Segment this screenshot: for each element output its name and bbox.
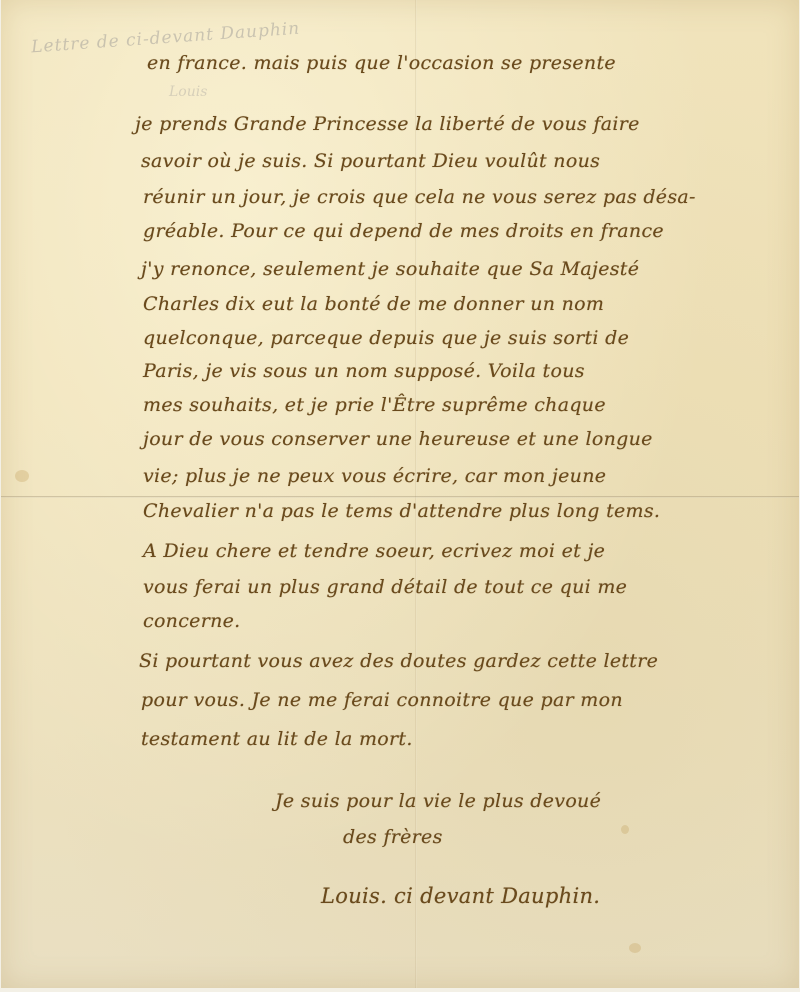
letter-line: vous ferai un plus grand détail de tout … xyxy=(143,576,627,598)
letter-line: quelconque, parceque depuis que je suis … xyxy=(143,327,629,349)
letter-line: réunir un jour, je crois que cela ne vou… xyxy=(143,186,696,208)
letter-line: gréable. Pour ce qui depend de mes droit… xyxy=(143,220,664,242)
letter-line: A Dieu chere et tendre soeur, ecrivez mo… xyxy=(143,540,605,562)
letter-line: je prends Grande Princesse la liberté de… xyxy=(135,113,640,135)
letter-line: en france. mais puis que l'occasion se p… xyxy=(147,52,616,74)
closing-line: Je suis pour la vie le plus devoué xyxy=(275,790,601,812)
closing-line: des frères xyxy=(343,826,443,848)
letter-line: Chevalier n'a pas le tems d'attendre plu… xyxy=(143,500,660,522)
paper-stain xyxy=(621,825,629,834)
letter-line: vie; plus je ne peux vous écrire, car mo… xyxy=(143,465,606,487)
letter-line: testament au lit de la mort. xyxy=(141,728,413,750)
horizontal-fold-line xyxy=(1,496,799,498)
letter-page: Lettre de ci-devant Dauphin Louis en fra… xyxy=(1,0,799,988)
letter-line: savoir où je suis. Si pourtant Dieu voul… xyxy=(141,150,600,172)
pencil-annotation-faint: Louis xyxy=(169,84,207,100)
letter-line: pour vous. Je ne me ferai connoitre que … xyxy=(141,689,623,711)
paper-stain xyxy=(15,470,29,482)
letter-line: jour de vous conserver une heureuse et u… xyxy=(143,428,653,450)
signature: Louis. ci devant Dauphin. xyxy=(321,884,600,908)
letter-line: j'y renonce, seulement je souhaite que S… xyxy=(141,258,639,280)
letter-line: mes souhaits, et je prie l'Être suprême … xyxy=(143,394,606,416)
letter-line: Si pourtant vous avez des doutes gardez … xyxy=(139,650,658,672)
letter-line: Charles dix eut la bonté de me donner un… xyxy=(143,293,604,315)
paper-stain xyxy=(629,943,641,953)
letter-line: Paris, je vis sous un nom supposé. Voila… xyxy=(143,360,585,382)
letter-line: concerne. xyxy=(143,610,241,632)
